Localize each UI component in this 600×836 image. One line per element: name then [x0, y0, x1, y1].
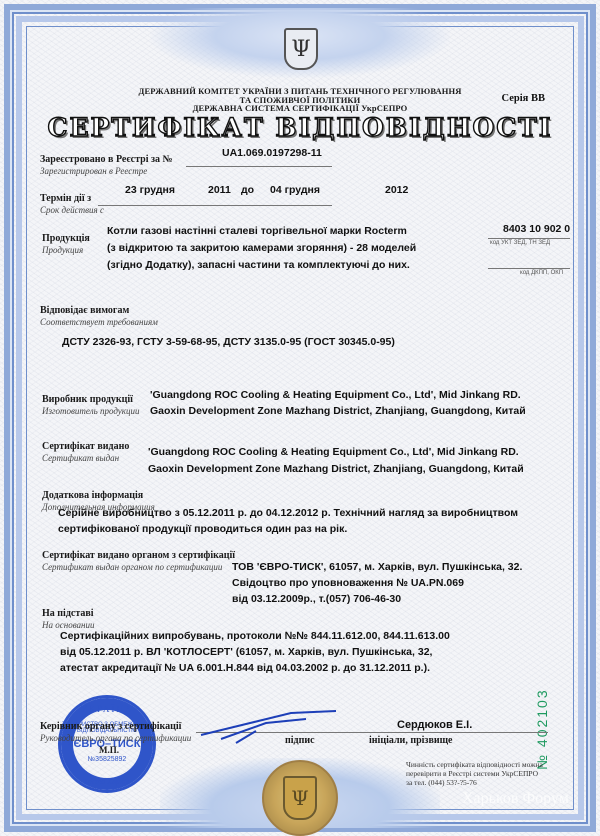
registry-label: Зареєстровано в Реєстрі за № [40, 154, 173, 165]
serial-number: № 402103 [534, 688, 550, 770]
sign-caption: підпис [285, 735, 315, 746]
cert-body-label: Сертифікат видано органом з сертифікації [42, 550, 235, 561]
validity-to-word: до [241, 182, 254, 198]
issued-to-label-ru: Сертификат выдан [42, 453, 119, 463]
signatory-name: Сердюков Е.І. [397, 717, 472, 733]
validity-label-ru: Срок действия с [40, 205, 104, 215]
cert-body-label-ru: Сертификат выдан органом по сертификации [42, 562, 222, 572]
additional-label: Додаткова інформація [42, 490, 143, 501]
stamp-number: №35825892 [61, 756, 153, 763]
name-caption: ініціали, прізвище [369, 735, 452, 746]
stamp-mp: М.П. [99, 745, 119, 755]
validity-from-day: 23 грудня [125, 182, 175, 198]
ukraine-trident-icon: Ψ [283, 776, 317, 820]
registry-number: UA1.069.0197298-11 [222, 145, 322, 161]
cert-body-line-3: від 03.12.2009р., т.(057) 706-46-30 [232, 591, 401, 607]
issued-to-line-1: 'Guangdong ROC Cooling & Heating Equipme… [148, 444, 519, 460]
issued-to-line-2: Gaoxin Development Zone Mazhang District… [148, 461, 524, 477]
ukraine-trident-icon: Ψ [284, 28, 318, 70]
requirements-label-ru: Соответствует требованиям [40, 317, 158, 327]
code2-underline [488, 268, 570, 269]
code-underline [488, 238, 570, 239]
watermark: Харьков Форум [462, 790, 569, 808]
issuer-line-3: ДЕРЖАВНА СИСТЕМА СЕРТИФІКАЦІЇ УкрСЕПРО [0, 104, 600, 113]
manufacturer-line-2: Gaoxin Development Zone Mazhang District… [150, 403, 526, 419]
signature-scribble [196, 705, 341, 745]
hologram-seal: Ψ [262, 760, 338, 836]
series-label: Серія ВВ [502, 93, 545, 104]
product-line-1: Котли газові настінні сталеві торгівельн… [107, 223, 407, 239]
requirements-value: ДСТУ 2326-93, ГСТУ 3-59-68-95, ДСТУ 3135… [62, 334, 395, 350]
additional-line-1: Серійне виробництво з 05.12.2011 р. до 0… [58, 505, 518, 521]
basis-line-3: атестат акредитації № UA 6.001.H.844 від… [60, 660, 430, 676]
manufacturer-label-ru: Изготовитель продукции [42, 406, 140, 416]
stamp-ring-top: УКРАЇНА [61, 704, 153, 714]
manufacturer-label: Виробник продукції [42, 394, 133, 405]
validity-label: Термін дії з [40, 193, 91, 204]
code-caption: код УКТ ЗЕД, ТН ЗЕД [490, 240, 550, 246]
certificate-sheet: Ψ ДЕРЖАВНИЙ КОМІТЕТ УКРАЇНИ З ПИТАНЬ ТЕХ… [0, 0, 600, 836]
validity-to-year: 2012 [385, 182, 408, 198]
basis-line-1: Сертифікаційних випробувань, протоколи №… [60, 628, 450, 644]
requirements-label: Відповідає вимогам [40, 305, 129, 316]
product-line-3: (згідно Додатку), запасні частини та ком… [107, 257, 410, 273]
cert-body-line-1: ТОВ 'ЄВРО-ТИСК', 61057, м. Харків, вул. … [232, 559, 522, 575]
additional-line-2: сертифікованої продукції проводиться оди… [58, 521, 347, 537]
product-label-ru: Продукция [42, 245, 83, 255]
manufacturer-line-1: 'Guangdong ROC Cooling & Heating Equipme… [150, 387, 521, 403]
official-stamp: УКРАЇНА ТОВАРИСТВО З ОБМЕЖЕНОЮ ВІДПОВІДА… [58, 695, 156, 793]
basis-line-2: від 05.12.2011 р. ВЛ 'КОТЛОСЕРТ' (61057,… [60, 644, 432, 660]
validity-underline [98, 205, 332, 206]
verify-line-3: за тел. (044) 53?-?5-76 [406, 778, 543, 787]
issued-to-label: Сертифікат видано [42, 441, 129, 452]
validity-to-day: 04 грудня [270, 182, 320, 198]
product-line-2: (з відкритою та закритою камерами згорян… [107, 240, 416, 256]
registry-label-ru: Зарегистрирован в Реестре [40, 166, 147, 176]
signatory-label: Керівник органу з сертифікації [40, 721, 181, 732]
verify-line-2: перевірити в Реєстрі системи УкрСЕПРО [406, 769, 543, 778]
product-code: 8403 10 902 0 [503, 221, 570, 237]
signatory-label-ru: Руководитель органа по сертификации [40, 733, 191, 743]
product-label: Продукція [42, 233, 90, 244]
verify-line-1: Чинність сертифіката відповідності можна [406, 760, 543, 769]
verification-note: Чинність сертифіката відповідності можна… [406, 760, 543, 787]
registry-underline [186, 166, 332, 167]
validity-from-year: 2011 [208, 182, 231, 198]
basis-label: На підставі [42, 608, 94, 619]
stamp-ring-bottom: місто Харків [61, 777, 153, 786]
code2-caption: код ДКПП, ОКП [520, 270, 563, 276]
cert-body-line-2: Свідоцтво про уповноваження № UA.PN.069 [232, 575, 464, 591]
page-title: СЕРТИФІКАТ ВІДПОВІДНОСТІ [0, 113, 600, 142]
